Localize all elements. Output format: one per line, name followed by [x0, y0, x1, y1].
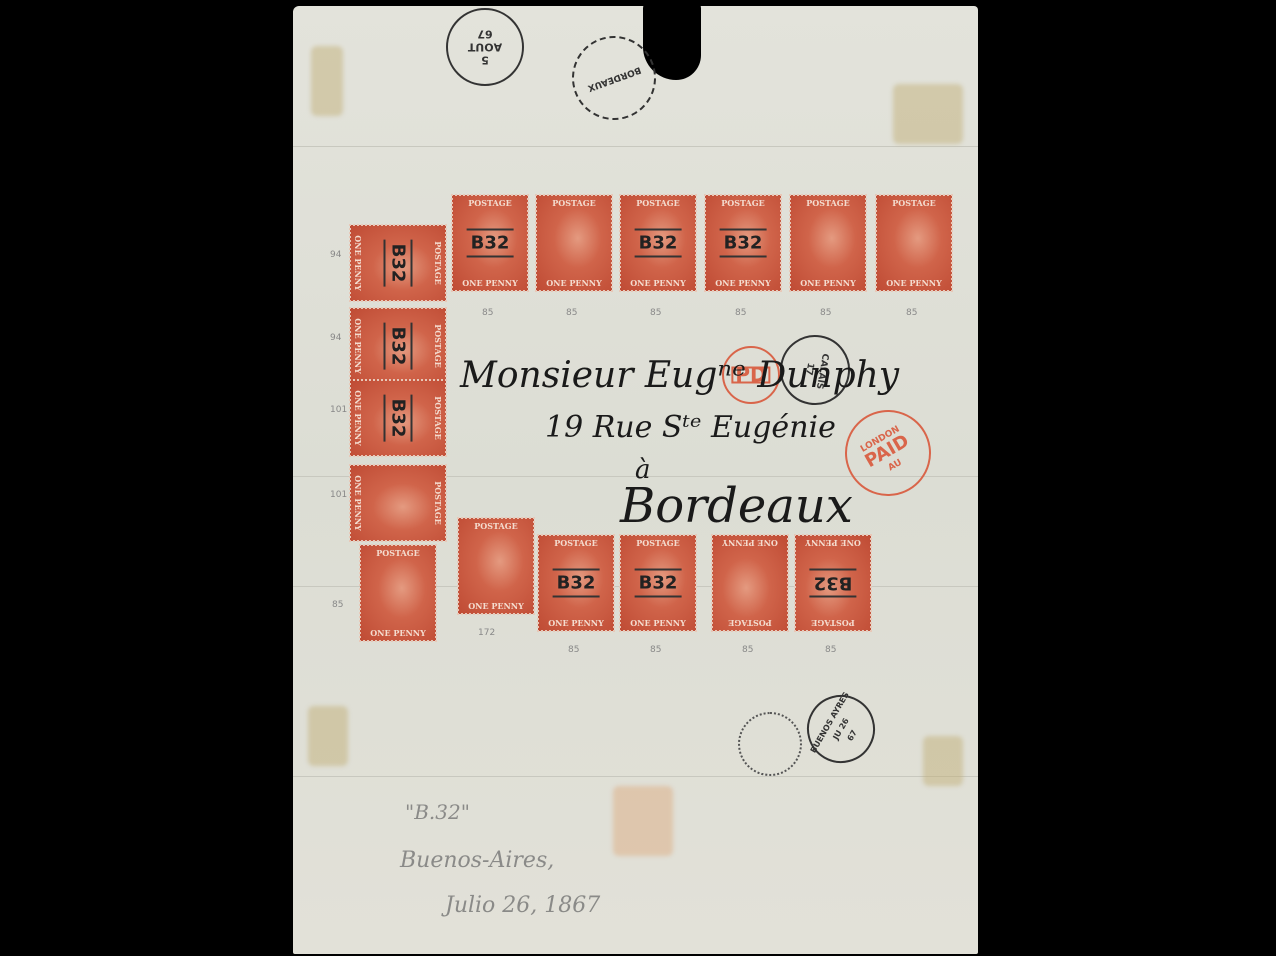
stamp-label-bottom: ONE PENNY	[790, 278, 866, 288]
fold-line	[293, 146, 978, 147]
stamp-label-bottom: ONE PENNY	[620, 618, 696, 628]
stamp-label-top: POSTAGE	[538, 538, 614, 548]
fold-line	[293, 776, 978, 777]
stamp-label-top: POSTAGE	[620, 538, 696, 548]
stamp-label-top: POSTAGE	[433, 465, 443, 541]
penny-red-stamp: POSTAGEB32ONE PENNY	[620, 195, 696, 291]
plate-number: 101	[330, 405, 347, 415]
plate-number: 85	[482, 308, 493, 318]
penny-red-stamp: POSTAGEB32ONE PENNY	[350, 380, 446, 456]
plate-number: 85	[742, 645, 753, 655]
stamp-label-top: POSTAGE	[705, 198, 781, 208]
stamp-label-top: POSTAGE	[712, 618, 788, 628]
stamp-label-top: POSTAGE	[876, 198, 952, 208]
penny-red-stamp: POSTAGEONE PENNY	[876, 195, 952, 291]
plate-number: 85	[906, 308, 917, 318]
plate-number: 85	[332, 600, 343, 610]
stamp-label-bottom: ONE PENNY	[452, 278, 528, 288]
penny-red-stamp: POSTAGEB32ONE PENNY	[795, 535, 871, 631]
stamp-label-top: POSTAGE	[452, 198, 528, 208]
plate-number: 85	[735, 308, 746, 318]
stamp-label-bottom: ONE PENNY	[536, 278, 612, 288]
stamp-label-bottom: ONE PENNY	[705, 278, 781, 288]
address-line-1: Monsieur Eugⁿᵉ Dunphy	[460, 355, 899, 396]
stamp-label-top: POSTAGE	[458, 521, 534, 531]
stamp-label-bottom: ONE PENNY	[353, 225, 363, 301]
plate-number: 85	[566, 308, 577, 318]
penny-red-stamp: POSTAGEONE PENNY	[350, 465, 446, 541]
stamp-label-bottom: ONE PENNY	[353, 308, 363, 384]
stain	[311, 46, 343, 116]
b32-cancel: B32	[635, 229, 682, 258]
plate-number: 85	[650, 645, 661, 655]
stamp-label-bottom: ONE PENNY	[712, 538, 788, 548]
stamp-label-top: POSTAGE	[433, 308, 443, 384]
penny-red-stamp: POSTAGEONE PENNY	[536, 195, 612, 291]
penny-red-stamp: POSTAGEB32ONE PENNY	[538, 535, 614, 631]
address-line-2: 19 Rue Sᵗᵉ Eugénie	[545, 410, 836, 445]
plate-number: 85	[568, 645, 579, 655]
stain	[923, 736, 963, 786]
penny-red-stamp: POSTAGEONE PENNY	[360, 545, 436, 641]
b32-cancel: B32	[384, 395, 413, 442]
pencil-note-line-2: Buenos-Aires,	[400, 848, 554, 873]
penny-red-stamp: POSTAGEONE PENNY	[712, 535, 788, 631]
plate-number: 94	[330, 333, 341, 343]
bordeaux-postmark: 5AOUT67	[446, 8, 524, 86]
pencil-note-line-1: "B.32"	[405, 800, 470, 824]
stamp-label-bottom: ONE PENNY	[458, 601, 534, 611]
b32-cancel: B32	[384, 240, 413, 287]
plate-number: 85	[820, 308, 831, 318]
stamp-label-bottom: ONE PENNY	[876, 278, 952, 288]
stamp-label-bottom: ONE PENNY	[538, 618, 614, 628]
penny-red-stamp: POSTAGEONE PENNY	[790, 195, 866, 291]
stamp-label-top: POSTAGE	[433, 225, 443, 301]
stain	[893, 84, 963, 144]
plate-number: 172	[478, 628, 495, 638]
faint-postmark	[738, 712, 802, 776]
stamp-label-bottom: ONE PENNY	[353, 465, 363, 541]
stamp-label-top: POSTAGE	[536, 198, 612, 208]
pencil-note-line-3: Julio 26, 1867	[445, 893, 600, 918]
penny-red-stamp: POSTAGEB32ONE PENNY	[350, 225, 446, 301]
stamp-label-bottom: ONE PENNY	[795, 538, 871, 548]
b32-cancel: B32	[810, 569, 857, 598]
plate-number: 85	[825, 645, 836, 655]
b32-cancel: B32	[553, 569, 600, 598]
stain	[308, 706, 348, 766]
stamp-label-top: POSTAGE	[795, 618, 871, 628]
b32-cancel: B32	[384, 323, 413, 370]
stamp-label-bottom: ONE PENNY	[360, 628, 436, 638]
penny-red-stamp: POSTAGEB32ONE PENNY	[350, 308, 446, 384]
address-line-4: Bordeaux	[620, 478, 853, 534]
stamp-label-bottom: ONE PENNY	[353, 380, 363, 456]
plate-number: 101	[330, 490, 347, 500]
stamp-label-top: POSTAGE	[360, 548, 436, 558]
b32-cancel: B32	[720, 229, 767, 258]
penny-red-stamp: POSTAGEB32ONE PENNY	[705, 195, 781, 291]
penny-red-stamp: POSTAGEB32ONE PENNY	[452, 195, 528, 291]
stamp-label-top: POSTAGE	[790, 198, 866, 208]
plate-number: 85	[650, 308, 661, 318]
b32-cancel: B32	[467, 229, 514, 258]
stamp-label-bottom: ONE PENNY	[620, 278, 696, 288]
penny-red-stamp: POSTAGEONE PENNY	[458, 518, 534, 614]
stain	[613, 786, 673, 856]
penny-red-stamp: POSTAGEB32ONE PENNY	[620, 535, 696, 631]
stamp-label-top: POSTAGE	[620, 198, 696, 208]
plate-number: 94	[330, 250, 341, 260]
b32-cancel: B32	[635, 569, 682, 598]
stamp-label-top: POSTAGE	[433, 380, 443, 456]
